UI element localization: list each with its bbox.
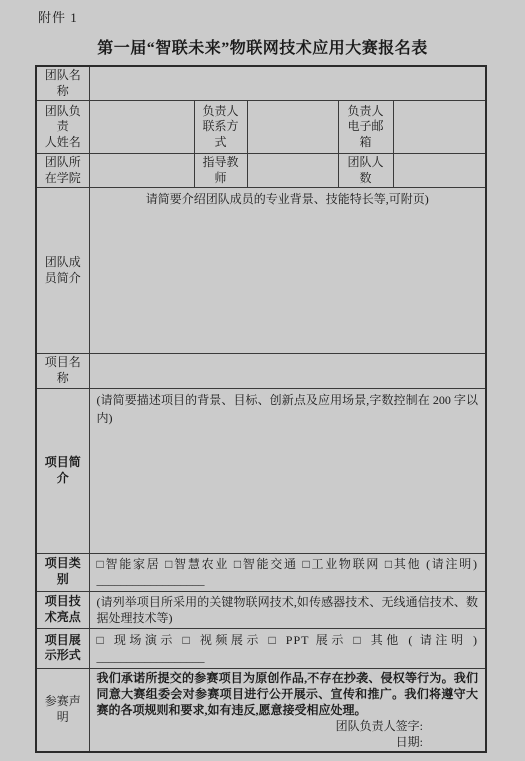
team-size-input[interactable] (393, 154, 486, 188)
row-declaration: 参赛声 明 我们承诺所提交的参赛项目为原创作品,不存在抄袭、侵权等行为。我们同意… (36, 668, 486, 751)
signature-line[interactable]: 团队负责人签字: (90, 719, 486, 735)
tech-highlights-label: 项目技 术亮点 (36, 591, 89, 628)
project-intro-label: 项目简 介 (36, 388, 89, 553)
team-name-input[interactable] (89, 66, 486, 101)
row-college: 团队所 在学院 指导教 师 团队人 数 (36, 154, 486, 188)
members-intro-input[interactable]: 请简要介绍团队成员的专业背景、技能特长等,可附页) (89, 188, 486, 354)
row-leader: 团队负 责 人姓名 负责人 联系方 式 负责人 电子邮 箱 (36, 101, 486, 154)
declaration-text: 我们承诺所提交的参赛项目为原创作品,不存在抄袭、侵权等行为。我们同意大赛组委会对… (90, 669, 486, 719)
presentation-label: 项目展 示形式 (36, 628, 89, 668)
leader-email-input[interactable] (393, 101, 486, 154)
document-page: 附件 1 第一届“智联未来”物联网技术应用大赛报名表 团队名 称 团队负 责 人… (0, 0, 525, 761)
project-category-label: 项目类 别 (36, 553, 89, 591)
advisor-label: 指导教 师 (194, 154, 247, 188)
leader-email-label: 负责人 电子邮 箱 (338, 101, 393, 154)
project-name-label: 项目名 称 (36, 354, 89, 388)
row-presentation: 项目展 示形式 □ 现场演示 □ 视频展示 □ PPT 展示 □ 其他 ( 请注… (36, 628, 486, 668)
members-intro-hint: 请简要介绍团队成员的专业背景、技能特长等,可附页) (90, 188, 486, 211)
team-name-label: 团队名 称 (36, 66, 89, 101)
tech-highlights-hint: (请列举项目所采用的关键物联网技术,如传感器技术、无线通信技术、数据处理技术等) (90, 592, 486, 628)
leader-name-input[interactable] (89, 101, 194, 154)
presentation-cell: □ 现场演示 □ 视频展示 □ PPT 展示 □ 其他 ( 请注明 ) ____… (89, 628, 486, 668)
project-intro-input[interactable]: (请简要描述项目的背景、目标、创新点及应用场景,字数控制在 200 字以内) (89, 388, 486, 553)
row-members-intro: 团队成 员简介 请简要介绍团队成员的专业背景、技能特长等,可附页) (36, 188, 486, 354)
leader-contact-input[interactable] (247, 101, 338, 154)
project-name-input[interactable] (89, 354, 486, 388)
declaration-label: 参赛声 明 (36, 668, 89, 751)
college-input[interactable] (89, 154, 194, 188)
row-team-name: 团队名 称 (36, 66, 486, 101)
date-line[interactable]: 日期: (90, 735, 486, 751)
college-label: 团队所 在学院 (36, 154, 89, 188)
members-intro-label: 团队成 员简介 (36, 188, 89, 354)
presentation-blank[interactable]: __________________ (90, 649, 486, 667)
project-intro-hint: (请简要描述项目的背景、目标、创新点及应用场景,字数控制在 200 字以内) (90, 389, 486, 430)
advisor-input[interactable] (247, 154, 338, 188)
row-project-intro: 项目简 介 (请简要描述项目的背景、目标、创新点及应用场景,字数控制在 200 … (36, 388, 486, 553)
declaration-cell: 我们承诺所提交的参赛项目为原创作品,不存在抄袭、侵权等行为。我们同意大赛组委会对… (89, 668, 486, 751)
form-title: 第一届“智联未来”物联网技术应用大赛报名表 (0, 35, 525, 58)
tech-highlights-input[interactable]: (请列举项目所采用的关键物联网技术,如传感器技术、无线通信技术、数据处理技术等) (89, 591, 486, 628)
attachment-label: 附件 1 (38, 7, 78, 26)
project-category-blank[interactable]: __________________ (90, 572, 486, 590)
row-project-category: 项目类 别 □智能家居 □智慧农业 □智能交通 □工业物联网 □其他 (请注明)… (36, 553, 486, 591)
row-project-name: 项目名 称 (36, 354, 486, 388)
team-size-label: 团队人 数 (338, 154, 393, 188)
registration-form-table: 团队名 称 团队负 责 人姓名 负责人 联系方 式 负责人 电子邮 箱 团队所 … (35, 65, 487, 753)
presentation-options[interactable]: □ 现场演示 □ 视频展示 □ PPT 展示 □ 其他 ( 请注明 ) (90, 629, 486, 649)
row-tech-highlights: 项目技 术亮点 (请列举项目所采用的关键物联网技术,如传感器技术、无线通信技术、… (36, 591, 486, 628)
leader-name-label: 团队负 责 人姓名 (36, 101, 89, 154)
leader-contact-label: 负责人 联系方 式 (194, 101, 247, 154)
project-category-options[interactable]: □智能家居 □智慧农业 □智能交通 □工业物联网 □其他 (请注明) (90, 554, 486, 573)
project-category-cell: □智能家居 □智慧农业 □智能交通 □工业物联网 □其他 (请注明) _____… (89, 553, 486, 591)
